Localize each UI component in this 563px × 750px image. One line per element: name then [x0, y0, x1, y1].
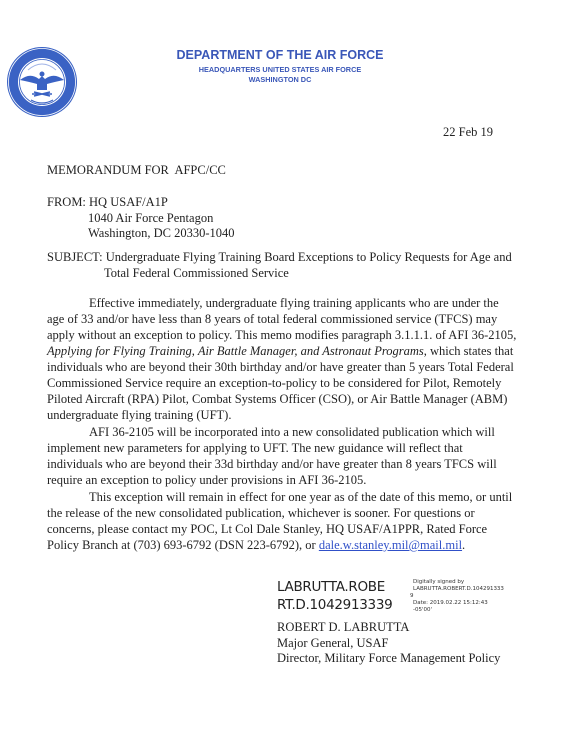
poc-email-link[interactable]: dale.w.stanley.mil@mail.mil [319, 538, 462, 552]
signature-block: ROBERT D. LABRUTTA Major General, USAF D… [277, 620, 500, 667]
letterhead-headquarters: HEADQUARTERS UNITED STATES AIR FORCE [130, 64, 430, 75]
digital-signature-name-line1: LABRUTTA.ROBE [277, 578, 392, 596]
digital-signature-details: Digitally signed by LABRUTTA.ROBERT.D.10… [413, 579, 504, 614]
department-of-defense-seal-icon [6, 46, 78, 118]
digital-signature-name: LABRUTTA.ROBE RT.D.1042913339 [277, 578, 392, 614]
signature-date: Date: 2019.02.22 15:12:43 -05'00' [413, 600, 504, 614]
memo-for-line: MEMORANDUM FOR AFPC/CC [47, 163, 226, 179]
digital-signature: LABRUTTA.ROBE RT.D.1042913339 Digitally … [277, 578, 392, 614]
subject-line2: Total Federal Commissioned Service [47, 266, 517, 282]
from-address-line1: 1040 Air Force Pentagon [47, 211, 235, 227]
memo-date: 22 Feb 19 [443, 125, 493, 140]
publication-title: Applying for Flying Training, Air Battle… [47, 344, 424, 358]
from-label: FROM: [47, 195, 86, 209]
body-paragraph-2: AFI 36-2105 will be incorporated into a … [47, 424, 519, 488]
paragraph-1-text-a: Effective immediately, undergraduate fly… [47, 296, 516, 342]
body-paragraph-1: Effective immediately, undergraduate fly… [47, 295, 519, 423]
signer-id-cont: 9 [410, 593, 504, 600]
letterhead-department: DEPARTMENT OF THE AIR FORCE [130, 48, 430, 63]
subject-block: SUBJECT: Undergraduate Flying Training B… [47, 250, 517, 281]
signer-rank: Major General, USAF [277, 636, 500, 652]
from-office: HQ USAF/A1P [89, 195, 168, 209]
signer-id: LABRUTTA.ROBERT.D.104291333 [413, 586, 504, 593]
digital-signature-name-line2: RT.D.1042913339 [277, 596, 392, 614]
letterhead-city: WASHINGTON DC [130, 75, 430, 85]
signer-name: ROBERT D. LABRUTTA [277, 620, 500, 636]
signer-title: Director, Military Force Management Poli… [277, 651, 500, 667]
letterhead: DEPARTMENT OF THE AIR FORCE HEADQUARTERS… [130, 48, 430, 85]
subject-line1: Undergraduate Flying Training Board Exce… [106, 250, 512, 264]
from-block: FROM: HQ USAF/A1P 1040 Air Force Pentago… [47, 195, 235, 242]
subject-label: SUBJECT: [47, 250, 103, 264]
paragraph-3-end: . [462, 538, 465, 552]
from-address-line2: Washington, DC 20330-1040 [47, 226, 235, 242]
body-paragraph-3: This exception will remain in effect for… [47, 489, 519, 553]
digitally-signed-by-label: Digitally signed by [413, 579, 504, 586]
